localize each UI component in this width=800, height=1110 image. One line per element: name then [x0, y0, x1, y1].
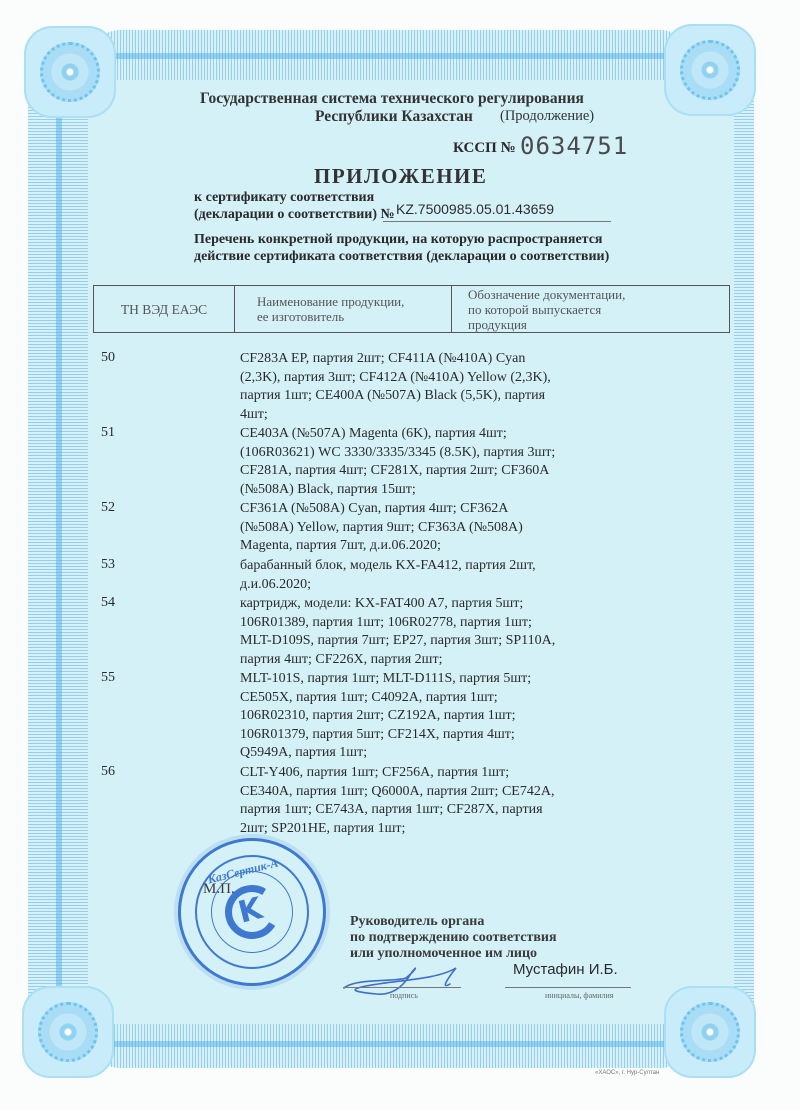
table-header: ТН ВЭД ЕАЭС Наименование продукции, ее и… — [93, 285, 730, 333]
rosette-icon — [664, 24, 756, 116]
certificate-number-underline — [383, 221, 611, 222]
guilloche-border-top — [90, 30, 690, 82]
scope-description-line1: Перечень конкретной продукции, на котору… — [194, 232, 603, 248]
column-header-tn-ved: ТН ВЭД ЕАЭС — [94, 286, 235, 332]
table-row-product: CF283A EP, партия 2шт; CF411A (№410A) Cy… — [240, 350, 560, 424]
table-row-product: CF361A (№508A) Cyan, партия 4шт; CF362A … — [240, 500, 560, 556]
table-row-product: барабанный блок, модель KX-FA412, партия… — [240, 557, 560, 594]
rosette-icon — [24, 26, 116, 118]
name-caption: инициалы, фамилия — [545, 991, 613, 1000]
signature-caption: подпись — [390, 991, 418, 1000]
continuation-label: (Продолжение) — [500, 108, 594, 125]
guilloche-border-left — [28, 100, 90, 1020]
signatory-title-line1: Руководитель органа — [350, 914, 484, 930]
table-row-code: 56 — [101, 764, 115, 780]
table-row-product: CLT-Y406, партия 1шт; CF256A, партия 1шт… — [240, 764, 560, 838]
rosette-icon — [22, 986, 114, 1078]
seal-place-label: М.П. — [203, 881, 235, 898]
table-row-product: CE403A (№507A) Magenta (6K), партия 4шт;… — [240, 425, 560, 499]
kssp-number: 0634751 — [520, 132, 628, 160]
name-line — [505, 987, 631, 988]
printer-imprint: «ХАОС», г. Нур-Султан — [595, 1070, 659, 1076]
rosette-icon — [664, 986, 756, 1078]
table-row-code: 52 — [101, 500, 115, 516]
table-row-product: MLT-101S, партия 1шт; MLT-D111S, партия … — [240, 670, 560, 763]
signer-name: Мустафин И.Б. — [513, 961, 618, 978]
table-row-code: 50 — [101, 350, 115, 366]
column-header-documentation: Обозначение документации, по которой вып… — [452, 286, 729, 332]
certificate-number: KZ.7500985.05.01.43659 — [396, 201, 554, 217]
signatory-title-line2: по подтверждению соответствия — [350, 930, 557, 946]
table-row-product: картридж, модели: KX-FAT400 A7, партия 5… — [240, 595, 560, 669]
table-row-code: 55 — [101, 670, 115, 686]
column-header-product-name: Наименование продукции, ее изготовитель — [235, 286, 452, 332]
annex-title: ПРИЛОЖЕНИЕ — [314, 164, 487, 189]
scope-description-line2: действие сертификата соответствия (декла… — [194, 249, 609, 265]
authority-title: Государственная система технического рег… — [200, 90, 584, 108]
certificate-ref-label: к сертификату соответствия — [194, 190, 374, 206]
authority-country: Республики Казахстан — [315, 108, 473, 126]
table-row-code: 53 — [101, 557, 115, 573]
guilloche-border-bottom — [90, 1018, 690, 1068]
declaration-ref-label: (декларации о соответствии) № — [194, 207, 395, 223]
kssp-label: КССП № — [453, 140, 516, 157]
signature-line — [343, 987, 461, 988]
column-header-product-name-text: Наименование продукции, ее изготовитель — [257, 294, 404, 324]
table-row-code: 51 — [101, 425, 115, 441]
table-row-code: 54 — [101, 595, 115, 611]
column-header-documentation-text: Обозначение документации, по которой вып… — [468, 287, 625, 332]
